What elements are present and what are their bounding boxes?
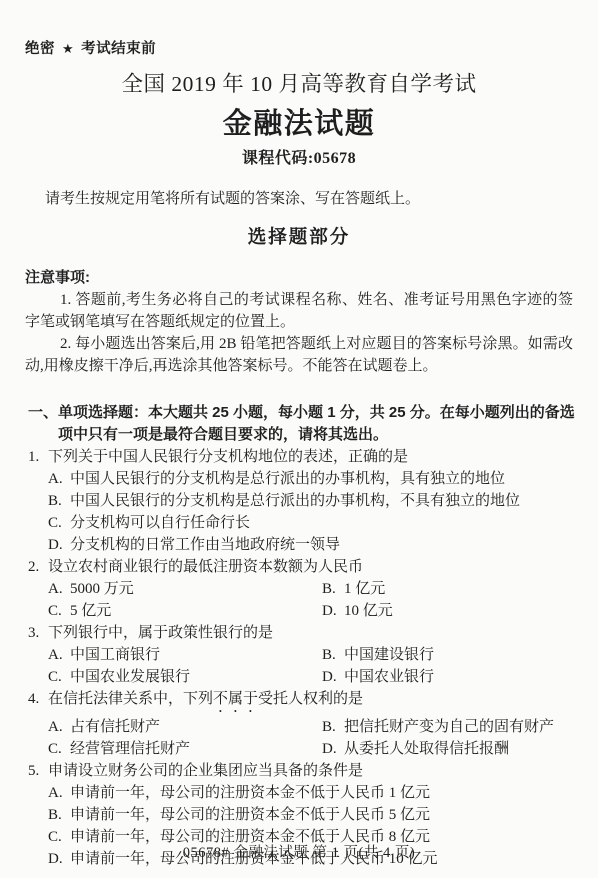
option-text: 经营管理信托财产 <box>70 738 322 760</box>
question-text: 设立农村商业银行的最低注册资本数额为人民币 <box>48 556 582 578</box>
option-text: 中国人民银行的分支机构是总行派出的办事机构，不具有独立的地位 <box>70 490 582 512</box>
option-label: A. <box>48 716 70 738</box>
option-text: 5 亿元 <box>70 600 322 622</box>
option-text: 占有信托财产 <box>70 716 322 738</box>
question-text: 申请设立财务公司的企业集团应当具备的条件是 <box>48 760 582 782</box>
star-icon: ★ <box>62 41 74 56</box>
notes-block: 注意事项: 1. 答题前,考生务必将自己的考试课程名称、姓名、准考证号用黑色字迹… <box>25 267 573 377</box>
option-5A: A. 申请前一年，母公司的注册资本金不低于人民币 1 亿元 <box>48 782 582 804</box>
question-number: 1. <box>28 446 48 468</box>
part-one-marker: 一、 <box>28 402 58 446</box>
question-number: 4. <box>28 688 48 716</box>
option-label: A. <box>48 782 70 804</box>
instruction-text: 请考生按规定用笔将所有试题的答案涂、写在答题纸上。 <box>25 189 573 209</box>
option-1A: A. 中国人民银行的分支机构是总行派出的办事机构，具有独立的地位 <box>48 468 582 490</box>
question-3: 3. 下列银行中，属于政策性银行的是 A. 中国工商银行 B. 中国建设银行 C… <box>28 622 582 688</box>
option-4D: D. 从委托人处取得信托报酬 <box>322 738 582 760</box>
option-label: D. <box>322 738 344 760</box>
notes-title: 注意事项: <box>25 267 573 289</box>
exam-stage-label: 考试结束前 <box>81 41 156 57</box>
option-text: 分支机构可以自行任命行长 <box>70 512 582 534</box>
option-text: 中国农业银行 <box>344 666 582 688</box>
part-one-heading-text: 单项选择题：本大题共 25 小题，每小题 1 分，共 25 分。在每小题列出的备… <box>58 402 578 446</box>
option-2C: C. 5 亿元 <box>48 600 322 622</box>
option-4C: C. 经营管理信托财产 <box>48 738 322 760</box>
option-label: B. <box>322 716 344 738</box>
option-text: 中国工商银行 <box>70 644 322 666</box>
note-item: 2. 每小题选出答案后,用 2B 铅笔把答题纸上对应题目的答案标号涂黑。如需改动… <box>25 333 573 377</box>
option-label: D. <box>322 600 344 622</box>
question-4: 4. 在信托法律关系中，下列不属于受托人权利的是 A. 占有信托财产 B. 把信… <box>28 688 582 760</box>
option-label: C. <box>48 738 70 760</box>
part-one-heading: 一、 单项选择题：本大题共 25 小题，每小题 1 分，共 25 分。在每小题列… <box>28 402 578 446</box>
option-label: A. <box>48 578 70 600</box>
option-5B: B. 申请前一年，母公司的注册资本金不低于人民币 5 亿元 <box>48 804 582 826</box>
option-text: 分支机构的日常工作由当地政府统一领导 <box>70 534 582 556</box>
option-text: 从委托人处取得信托报酬 <box>344 738 582 760</box>
option-label: A. <box>48 644 70 666</box>
option-label: A. <box>48 468 70 490</box>
option-text: 中国农业发展银行 <box>70 666 322 688</box>
option-text: 5000 万元 <box>70 578 322 600</box>
option-1D: D. 分支机构的日常工作由当地政府统一领导 <box>48 534 582 556</box>
paper-title: 金融法试题 <box>0 101 598 142</box>
option-label: D. <box>322 666 344 688</box>
option-label: B. <box>48 490 70 512</box>
option-text: 中国人民银行的分支机构是总行派出的办事机构，具有独立的地位 <box>70 468 582 490</box>
question-text: 在信托法律关系中，下列不属于受托人权利的是 <box>48 688 582 716</box>
question-text-post: 受托人权利的是 <box>258 691 363 707</box>
question-number: 5. <box>28 760 48 782</box>
page-footer: 05678# 金融法试题 第 1 页(共 4 页) <box>0 841 598 862</box>
question-1: 1. 下列关于中国人民银行分支机构地位的表述，正确的是 A. 中国人民银行的分支… <box>28 446 582 556</box>
option-label: D. <box>48 534 70 556</box>
question-text: 下列银行中，属于政策性银行的是 <box>48 622 582 644</box>
option-2A: A. 5000 万元 <box>48 578 322 600</box>
option-text: 中国建设银行 <box>344 644 582 666</box>
option-3A: A. 中国工商银行 <box>48 644 322 666</box>
option-2D: D. 10 亿元 <box>322 600 582 622</box>
question-text-pre: 在信托法律关系中，下列 <box>48 691 213 707</box>
option-3C: C. 中国农业发展银行 <box>48 666 322 688</box>
exam-paper-page: 绝密★考试结束前 全国 2019 年 10 月高等教育自学考试 金融法试题 课程… <box>0 0 598 878</box>
option-1C: C. 分支机构可以自行任命行长 <box>48 512 582 534</box>
option-label: C. <box>48 512 70 534</box>
option-4B: B. 把信托财产变为自己的固有财产 <box>322 716 582 738</box>
section-title: 选择题部分 <box>0 223 598 249</box>
option-3B: B. 中国建设银行 <box>322 644 582 666</box>
option-label: C. <box>48 600 70 622</box>
course-code: 课程代码:05678 <box>0 145 598 168</box>
question-text: 下列关于中国人民银行分支机构地位的表述，正确的是 <box>48 446 582 468</box>
option-label: B. <box>322 578 344 600</box>
question-number: 3. <box>28 622 48 644</box>
option-2B: B. 1 亿元 <box>322 578 582 600</box>
option-3D: D. 中国农业银行 <box>322 666 582 688</box>
option-1B: B. 中国人民银行的分支机构是总行派出的办事机构，不具有独立的地位 <box>48 490 582 512</box>
question-text-emphasized: 不属于 <box>213 691 258 707</box>
question-number: 2. <box>28 556 48 578</box>
option-label: B. <box>48 804 70 826</box>
option-label: C. <box>48 666 70 688</box>
question-2: 2. 设立农村商业银行的最低注册资本数额为人民币 A. 5000 万元 B. 1… <box>28 556 582 622</box>
option-label: B. <box>322 644 344 666</box>
secrecy-line: 绝密★考试结束前 <box>25 37 598 58</box>
option-text: 1 亿元 <box>344 578 582 600</box>
option-text: 申请前一年，母公司的注册资本金不低于人民币 1 亿元 <box>70 782 582 804</box>
option-text: 申请前一年，母公司的注册资本金不低于人民币 5 亿元 <box>70 804 582 826</box>
option-4A: A. 占有信托财产 <box>48 716 322 738</box>
option-text: 10 亿元 <box>344 600 582 622</box>
classification-label: 绝密 <box>25 41 55 57</box>
note-item: 1. 答题前,考生务必将自己的考试课程名称、姓名、准考证号用黑色字迹的签字笔或钢… <box>25 289 573 333</box>
option-text: 把信托财产变为自己的固有财产 <box>344 716 582 738</box>
exam-title: 全国 2019 年 10 月高等教育自学考试 <box>0 67 598 98</box>
